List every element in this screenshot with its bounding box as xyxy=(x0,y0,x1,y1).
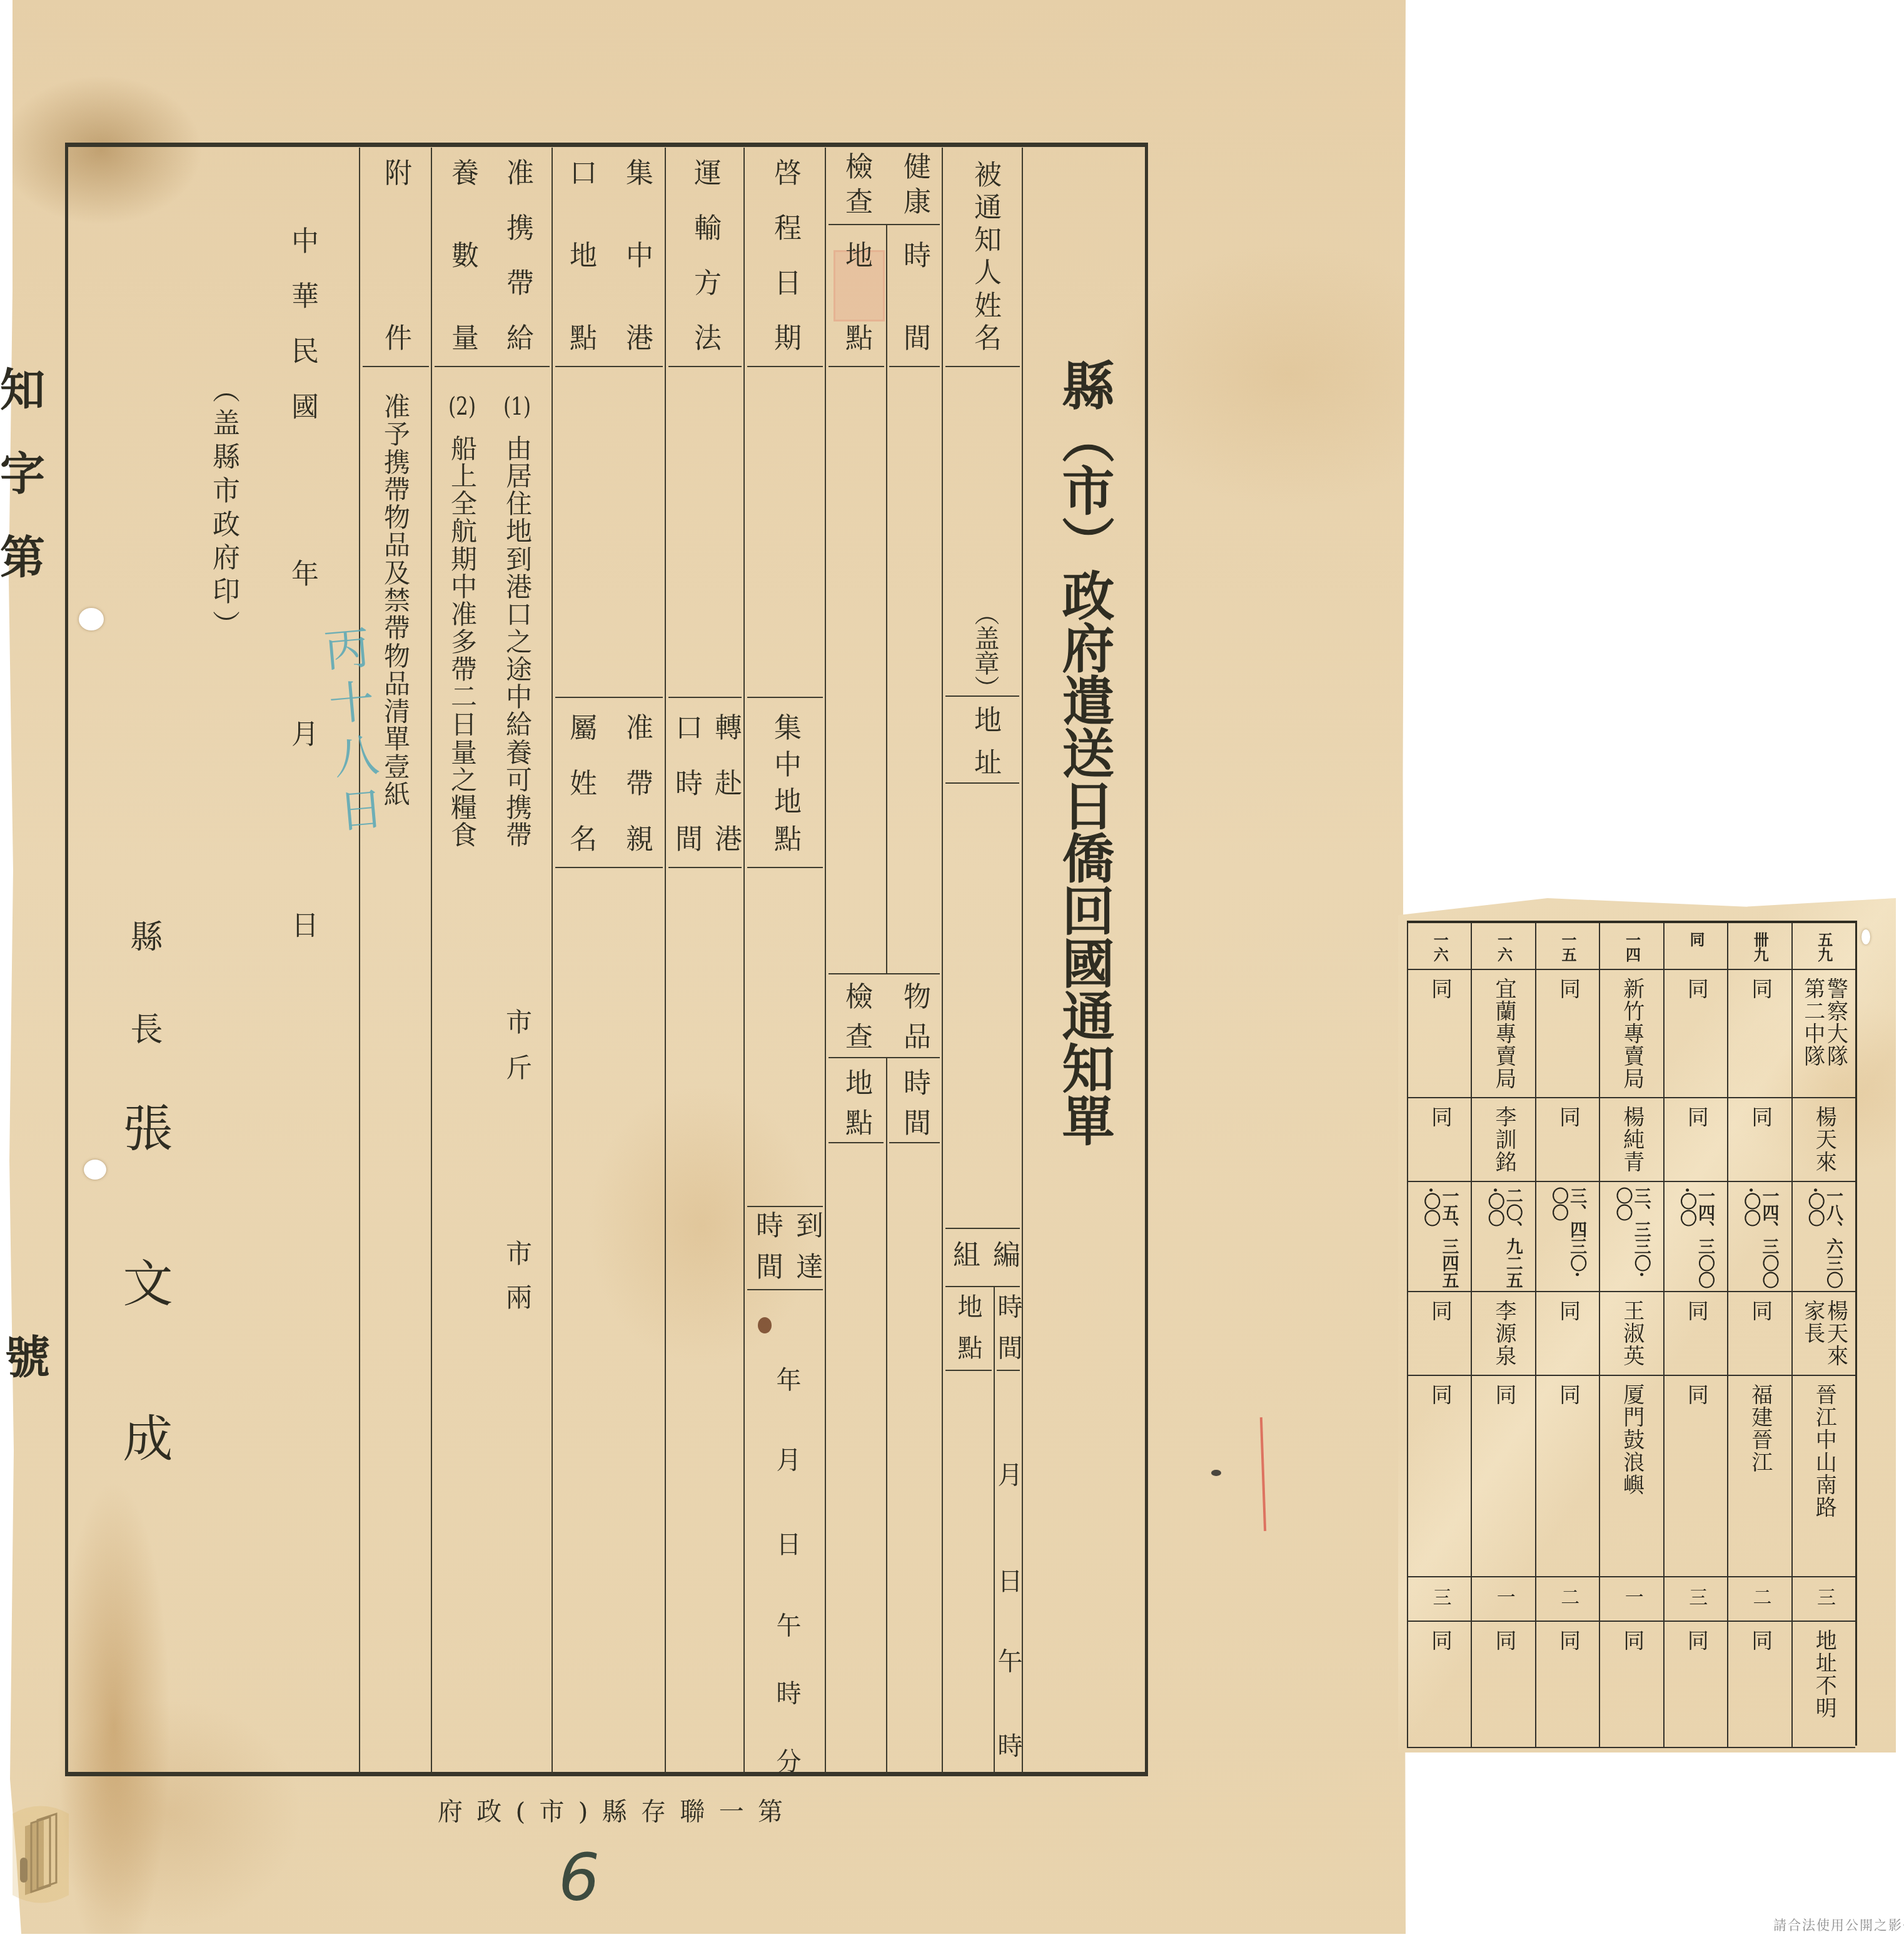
slip-cell-name: 同 xyxy=(1727,1098,1791,1182)
rations-label-left: 養數量 xyxy=(448,158,476,351)
ration-1-unit: 市斤 xyxy=(504,1008,530,1080)
row-divider xyxy=(945,1286,1020,1287)
goods-inspection-label-right: 物品 xyxy=(900,982,928,1049)
slip-cell-address: 晉江中山南路 xyxy=(1791,1376,1855,1577)
row-divider xyxy=(668,366,742,367)
slip-amount-text: 二〇、九二五·〇〇 xyxy=(1485,1187,1521,1291)
slip-cell-note: 同 xyxy=(1663,1622,1727,1748)
slip-cell-amount: 一八、六三〇·〇〇 xyxy=(1791,1182,1855,1292)
health-check-label-left: 檢查 xyxy=(842,152,870,215)
column-divider xyxy=(825,148,826,1774)
row-divider xyxy=(829,366,884,367)
slip-cell-employer: 新竹專賣局 xyxy=(1599,970,1663,1098)
date-year-label: 年 xyxy=(288,559,316,587)
arrival-year-unit: 年 xyxy=(774,1367,799,1392)
arrival-time-label-left: 時間 xyxy=(753,1211,780,1280)
transport-method-label: 運輸方法 xyxy=(691,158,718,351)
address-label: 地址 xyxy=(971,706,999,776)
slip-cell-employer: 警察大隊 第二中隊 xyxy=(1791,970,1855,1098)
handwritten-page-number: 6 xyxy=(558,1845,600,1910)
slip-cell-address: 同 xyxy=(1663,1376,1727,1577)
seal-instruction: （盖縣市政府印） xyxy=(209,375,237,638)
slip-note-text: 同 xyxy=(1748,1629,1771,1652)
column-divider xyxy=(1022,148,1023,1774)
slip-amount-text: 一四、三〇〇·〇〇 xyxy=(1678,1187,1714,1291)
slip-name-text: 楊天來 xyxy=(1812,1106,1835,1173)
slip-employer-text: 警察大隊 第二中隊 xyxy=(1801,978,1846,1068)
port-transfer-time-label-left: 口時間 xyxy=(672,713,700,852)
slip-cell-number: 一四 xyxy=(1599,923,1663,970)
arrival-day-unit: 日 xyxy=(774,1531,799,1556)
slip-cell-householder: 王淑英 xyxy=(1599,1292,1663,1376)
slip-cell-amount: 一四、三〇〇·〇〇 xyxy=(1727,1182,1791,1292)
slip-amount-text: 一八、六三〇·〇〇 xyxy=(1806,1187,1842,1291)
slip-note-text: 同 xyxy=(1428,1629,1451,1652)
row-divider xyxy=(668,867,742,868)
recipient-name-label: 被通知人姓名 xyxy=(971,160,999,351)
slip-name-text: 同 xyxy=(1556,1106,1579,1128)
slip-cell-note: 同 xyxy=(1599,1622,1663,1748)
accompanying-family-label-right: 准帶親 xyxy=(623,713,650,852)
archive-logo-icon xyxy=(6,1801,75,1908)
goods-inspection-label-left: 檢查 xyxy=(842,982,870,1049)
row-divider xyxy=(747,1206,823,1207)
arrival-minute-unit: 分 xyxy=(774,1748,799,1773)
goods-inspection-place-label: 地點 xyxy=(842,1068,870,1136)
slip-householder-text: 同 xyxy=(1428,1300,1451,1322)
row-divider xyxy=(945,1370,992,1371)
punch-hole xyxy=(1861,929,1870,944)
assembly-place-label: 集中地點 xyxy=(771,713,798,852)
row-divider xyxy=(747,697,823,698)
slip-number-text: 五九 xyxy=(1816,932,1832,962)
serial-suffix: 號 xyxy=(1,1333,46,1378)
slip-cell-name: 同 xyxy=(1663,1098,1727,1182)
column-divider xyxy=(359,148,360,1774)
date-era: 中華民國 xyxy=(288,226,316,420)
slip-householder-text: 楊天來 家長 xyxy=(1801,1300,1846,1367)
row-divider xyxy=(668,697,742,698)
slip-cell-employer: 同 xyxy=(1407,970,1471,1098)
slip-cell-count: 一 xyxy=(1471,1577,1534,1622)
slip-cell-note: 同 xyxy=(1407,1622,1471,1748)
slip-householder-text: 同 xyxy=(1556,1300,1579,1322)
row-divider xyxy=(829,973,940,974)
slip-amount-text: 一五、三四五·〇〇 xyxy=(1421,1187,1458,1291)
arrival-time-label-right: 到達 xyxy=(793,1211,820,1280)
goods-inspection-time-label: 時間 xyxy=(900,1068,928,1136)
column-divider xyxy=(743,148,745,1774)
slip-address-text: 晉江中山南路 xyxy=(1812,1383,1835,1519)
slip-employer-text: 同 xyxy=(1685,978,1708,1000)
slip-householder-text: 王淑英 xyxy=(1620,1300,1643,1367)
date-month-label: 月 xyxy=(288,719,316,747)
slip-number-text: 一五 xyxy=(1559,932,1576,962)
health-check-time-label: 時間 xyxy=(900,241,928,351)
column-divider xyxy=(942,148,943,1774)
slip-cell-name: 同 xyxy=(1535,1098,1599,1182)
row-divider xyxy=(747,867,823,868)
slip-cell-employer: 宜蘭專賣局 xyxy=(1471,970,1534,1098)
ration-1-text: 由居住地到港口之途中給養可携帶 xyxy=(504,435,530,847)
slip-cell-name: 楊天來 xyxy=(1791,1098,1855,1182)
slip-amount-text: 三、三三〇·〇〇 xyxy=(1613,1187,1650,1291)
column-divider xyxy=(552,148,553,1774)
row-divider xyxy=(889,1142,940,1143)
row-divider xyxy=(829,1142,884,1143)
slip-cell-address: 福建晉江 xyxy=(1727,1376,1791,1577)
port-transfer-time-label-right: 轉赴港 xyxy=(712,713,739,852)
slip-cell-count: 二 xyxy=(1727,1577,1791,1622)
slip-cell-number: 同 xyxy=(1663,923,1727,970)
slip-cell-count: 三 xyxy=(1791,1577,1855,1622)
row-divider xyxy=(945,1228,1020,1229)
slip-employer-text: 同 xyxy=(1556,978,1579,1000)
slip-address-text: 厦門鼓浪嶼 xyxy=(1620,1383,1643,1496)
row-divider xyxy=(889,366,940,367)
date-day-label: 日 xyxy=(288,911,316,938)
grouping-hour-unit: 時 xyxy=(995,1732,1020,1757)
slip-cell-address: 同 xyxy=(1407,1376,1471,1577)
column-divider xyxy=(886,224,887,974)
grouping-day-unit: 日 xyxy=(995,1568,1020,1593)
document-title: 縣（市）政府遣送日僑回國通知單 xyxy=(1058,358,1111,1122)
signatory-title: 縣長 xyxy=(127,919,159,1044)
slip-cell-amount: 三、四三〇·〇〇 xyxy=(1535,1182,1599,1292)
ration-2-text: 船上全航期中准多帶二日量之糧食 xyxy=(449,435,475,847)
slip-count-text: 一 xyxy=(1493,1587,1513,1607)
grouping-place-label: 地點 xyxy=(955,1293,980,1360)
slip-cell-address: 同 xyxy=(1535,1376,1599,1577)
slip-cell-householder: 同 xyxy=(1535,1292,1599,1376)
slip-cell-note: 同 xyxy=(1471,1622,1534,1748)
assembly-port-label-left: 口地點 xyxy=(567,158,594,351)
column-divider xyxy=(431,148,432,1774)
row-divider xyxy=(555,697,663,698)
slip-count-text: 三 xyxy=(1429,1587,1449,1607)
slip-number-text: 一六 xyxy=(1496,932,1512,962)
slip-cell-amount: 一五、三四五·〇〇 xyxy=(1407,1182,1471,1292)
slip-cell-number: 一六 xyxy=(1407,923,1471,970)
slip-count-text: 二 xyxy=(1750,1587,1770,1607)
serial-prefix: 知字第 xyxy=(0,366,41,579)
ration-1-marker: (1) xyxy=(505,393,530,420)
slip-employer-text: 同 xyxy=(1428,978,1451,1000)
slip-address-text: 同 xyxy=(1685,1383,1708,1406)
slip-cell-address: 同 xyxy=(1471,1376,1534,1577)
row-divider xyxy=(829,1057,940,1058)
slip-address-text: 同 xyxy=(1556,1383,1579,1406)
departure-date-label: 啓程日期 xyxy=(771,158,798,351)
slip-cell-name: 楊純青 xyxy=(1599,1098,1663,1182)
slip-cell-householder: 楊天來 家長 xyxy=(1791,1292,1855,1376)
attachment-text: 准予携帶物品及禁帶物品清單壹紙 xyxy=(382,393,408,807)
slip-cell-address: 厦門鼓浪嶼 xyxy=(1599,1376,1663,1577)
slip-cell-name: 李訓銘 xyxy=(1471,1098,1534,1182)
slip-amount-text: 一四、三〇〇·〇〇 xyxy=(1741,1187,1778,1291)
slip-count-text: 三 xyxy=(1686,1587,1706,1607)
grouping-month-unit: 月 xyxy=(995,1462,1020,1487)
slip-cell-householder: 李源泉 xyxy=(1471,1292,1534,1376)
row-divider xyxy=(363,366,429,367)
seal-note: （盖章） xyxy=(972,600,997,682)
grouping-time-label: 時間 xyxy=(995,1293,1020,1360)
arrival-hour-unit: 時 xyxy=(774,1680,799,1705)
grouping-noon-unit: 午 xyxy=(995,1648,1020,1673)
slip-note-text: 同 xyxy=(1492,1629,1515,1652)
slip-note-text: 同 xyxy=(1556,1629,1579,1652)
slip-number-text: 卌九 xyxy=(1751,932,1768,962)
grouping-label-right: 編 xyxy=(990,1240,1017,1268)
arrival-noon-unit: 午 xyxy=(774,1612,799,1637)
ration-2-marker: (2) xyxy=(450,393,475,420)
slip-name-text: 同 xyxy=(1685,1106,1708,1128)
slip-householder-text: 李源泉 xyxy=(1492,1300,1515,1367)
slip-cell-count: 二 xyxy=(1535,1577,1599,1622)
slip-householder-text: 同 xyxy=(1685,1300,1708,1322)
health-check-label-right: 健康 xyxy=(900,152,928,215)
slip-name-text: 同 xyxy=(1428,1106,1451,1128)
slip-note-text: 同 xyxy=(1685,1629,1708,1652)
slip-name-text: 同 xyxy=(1748,1106,1771,1128)
slip-cell-householder: 同 xyxy=(1727,1292,1791,1376)
slip-cell-count: 三 xyxy=(1663,1577,1727,1622)
slip-employer-text: 同 xyxy=(1748,978,1771,1000)
slip-cell-employer: 同 xyxy=(1663,970,1727,1098)
usage-watermark: 請合法使用公開之影像 xyxy=(1773,1915,1904,1934)
arrival-month-unit: 月 xyxy=(774,1447,799,1472)
row-divider xyxy=(435,366,550,367)
column-divider xyxy=(665,148,666,1774)
attachment-label: 附件 xyxy=(381,158,409,351)
ration-2-unit: 市兩 xyxy=(504,1240,530,1310)
slip-count-text: 一 xyxy=(1621,1587,1641,1607)
slip-name-text: 楊純青 xyxy=(1620,1106,1643,1173)
slip-cell-number: 一六 xyxy=(1471,923,1534,970)
column-divider xyxy=(886,1057,887,1774)
slip-employer-text: 新竹專賣局 xyxy=(1620,978,1643,1090)
slip-cell-count: 三 xyxy=(1407,1577,1471,1622)
form-copy-footer: 第一聯存縣(市)政府 xyxy=(438,1798,783,1826)
slip-cell-number: 一五 xyxy=(1535,923,1599,970)
row-divider xyxy=(747,366,823,367)
assembly-port-label-right: 集中港 xyxy=(623,158,650,351)
slip-cell-amount: 三、三三〇·〇〇 xyxy=(1599,1182,1663,1292)
slip-cell-employer: 同 xyxy=(1535,970,1599,1098)
row-divider xyxy=(945,782,1019,784)
ink-smudge xyxy=(1211,1470,1221,1476)
slip-address-text: 同 xyxy=(1428,1383,1451,1406)
row-divider xyxy=(747,1289,823,1290)
slip-address-text: 福建晉江 xyxy=(1748,1383,1771,1474)
slip-note-text: 地址不明 xyxy=(1812,1629,1835,1719)
slip-cell-note: 地址不明 xyxy=(1791,1622,1855,1748)
slip-cell-employer: 同 xyxy=(1727,970,1791,1098)
slip-employer-text: 宜蘭專賣局 xyxy=(1492,978,1515,1090)
attached-slip-table: 五九 卌九 同 一四 一五 一六 一六 警察大隊 第二中隊 同 同 新竹專賣局 … xyxy=(1407,921,1857,1746)
slip-cell-householder: 同 xyxy=(1407,1292,1471,1376)
grouping-label-left: 組 xyxy=(950,1240,977,1268)
row-divider xyxy=(997,1370,1020,1371)
slip-number-text: 一六 xyxy=(1431,932,1448,962)
row-divider xyxy=(555,366,663,367)
row-divider xyxy=(829,224,940,225)
slip-number-text: 一四 xyxy=(1624,932,1640,962)
signatory-name: 張文成 xyxy=(118,1102,168,1462)
health-check-place-label: 地點 xyxy=(842,241,870,351)
slip-count-text: 二 xyxy=(1558,1587,1578,1607)
slip-name-text: 李訓銘 xyxy=(1492,1106,1515,1173)
row-divider xyxy=(945,366,1020,367)
slip-cell-amount: 一四、三〇〇·〇〇 xyxy=(1663,1182,1727,1292)
slip-cell-number: 五九 xyxy=(1791,923,1855,970)
rations-label-right: 准携帶給 xyxy=(503,158,531,351)
slip-count-text: 三 xyxy=(1814,1587,1834,1607)
slip-address-text: 同 xyxy=(1492,1383,1515,1406)
slip-householder-text: 同 xyxy=(1748,1300,1771,1322)
row-divider xyxy=(555,867,663,868)
slip-cell-count: 一 xyxy=(1599,1577,1663,1622)
slip-amount-text: 三、四三〇·〇〇 xyxy=(1549,1187,1586,1291)
slip-number-text: 同 xyxy=(1688,932,1704,947)
slip-cell-note: 同 xyxy=(1727,1622,1791,1748)
slip-cell-number: 卌九 xyxy=(1727,923,1791,970)
accompanying-family-label-left: 屬姓名 xyxy=(567,713,594,852)
slip-cell-householder: 同 xyxy=(1663,1292,1727,1376)
slip-cell-amount: 二〇、九二五·〇〇 xyxy=(1471,1182,1534,1292)
slip-note-text: 同 xyxy=(1620,1629,1643,1652)
slip-cell-name: 同 xyxy=(1407,1098,1471,1182)
slip-cell-note: 同 xyxy=(1535,1622,1599,1748)
